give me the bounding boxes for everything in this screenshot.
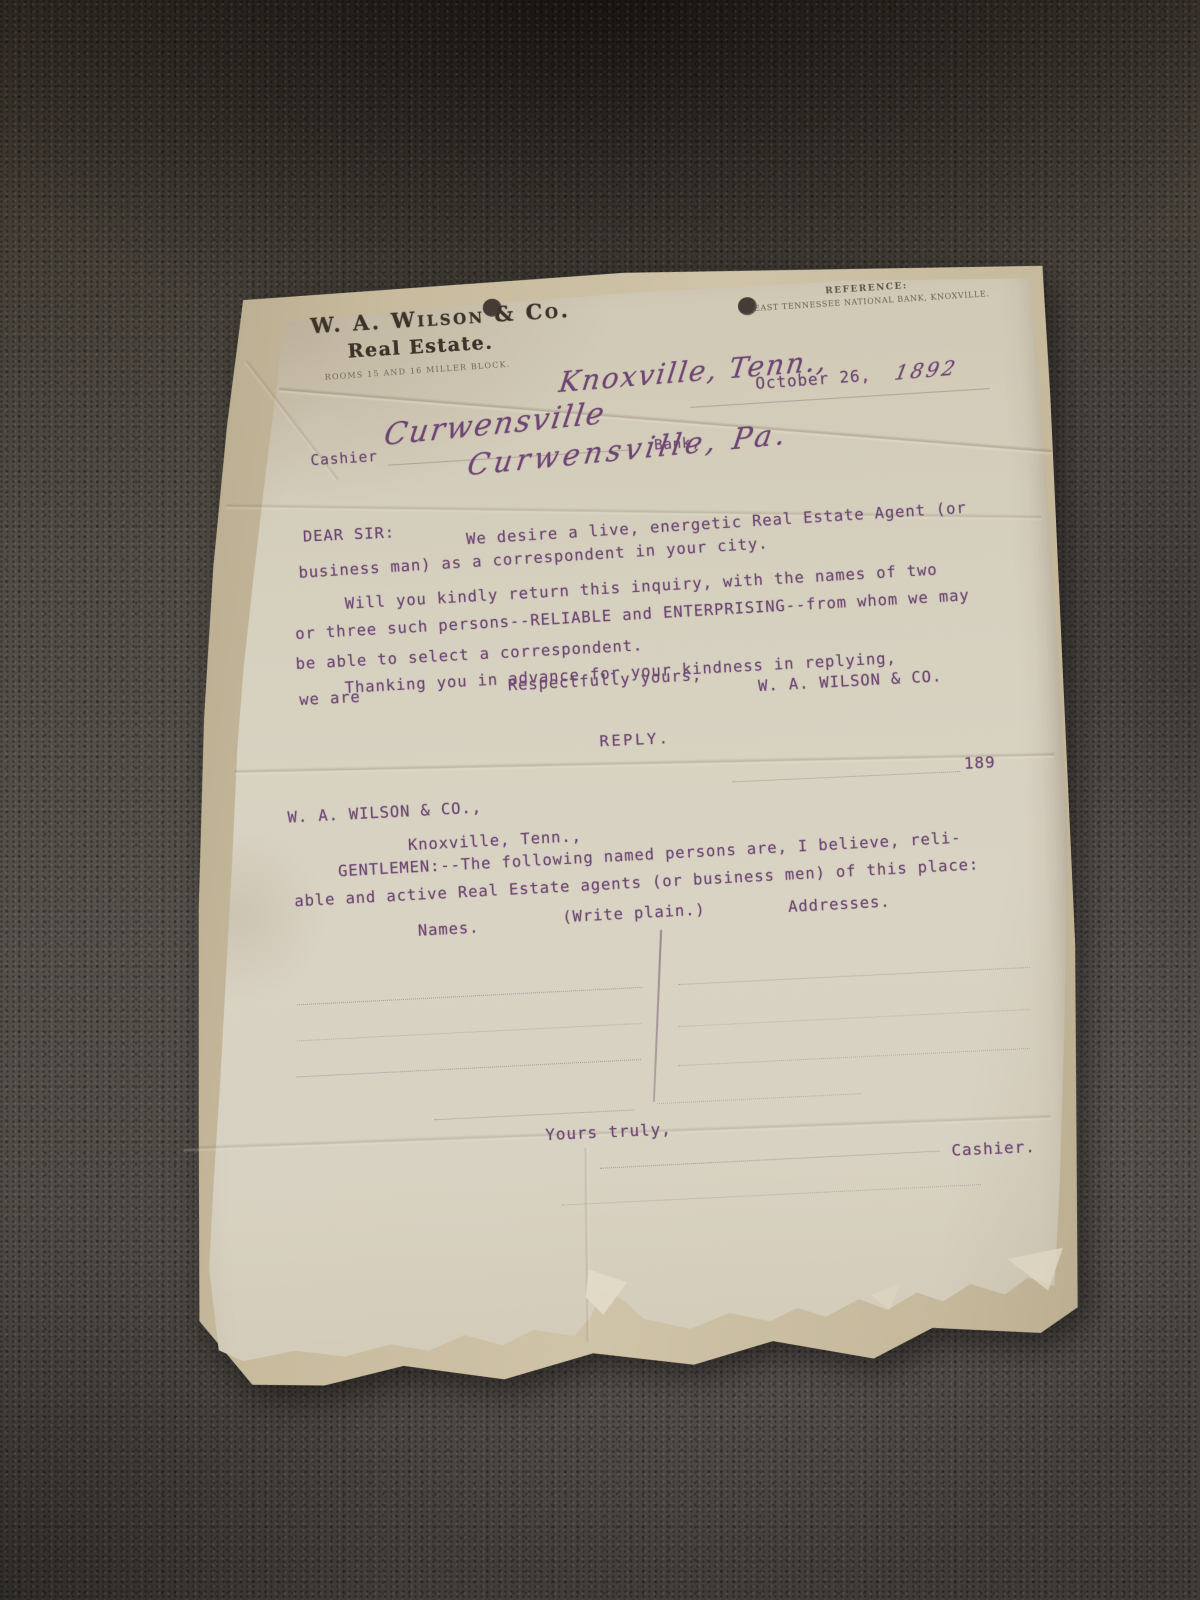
reply-year-stub: 189 [963, 752, 995, 772]
reply-title: REPLY. [599, 729, 671, 750]
column-header-names: Names. [417, 918, 479, 939]
paper-stack: W. A. Wilson & Co. Real Estate. ROOMS 15… [124, 230, 1097, 1451]
body-line-we-are: we are [299, 688, 361, 709]
reply-cashier-label: Cashier. [951, 1137, 1036, 1160]
